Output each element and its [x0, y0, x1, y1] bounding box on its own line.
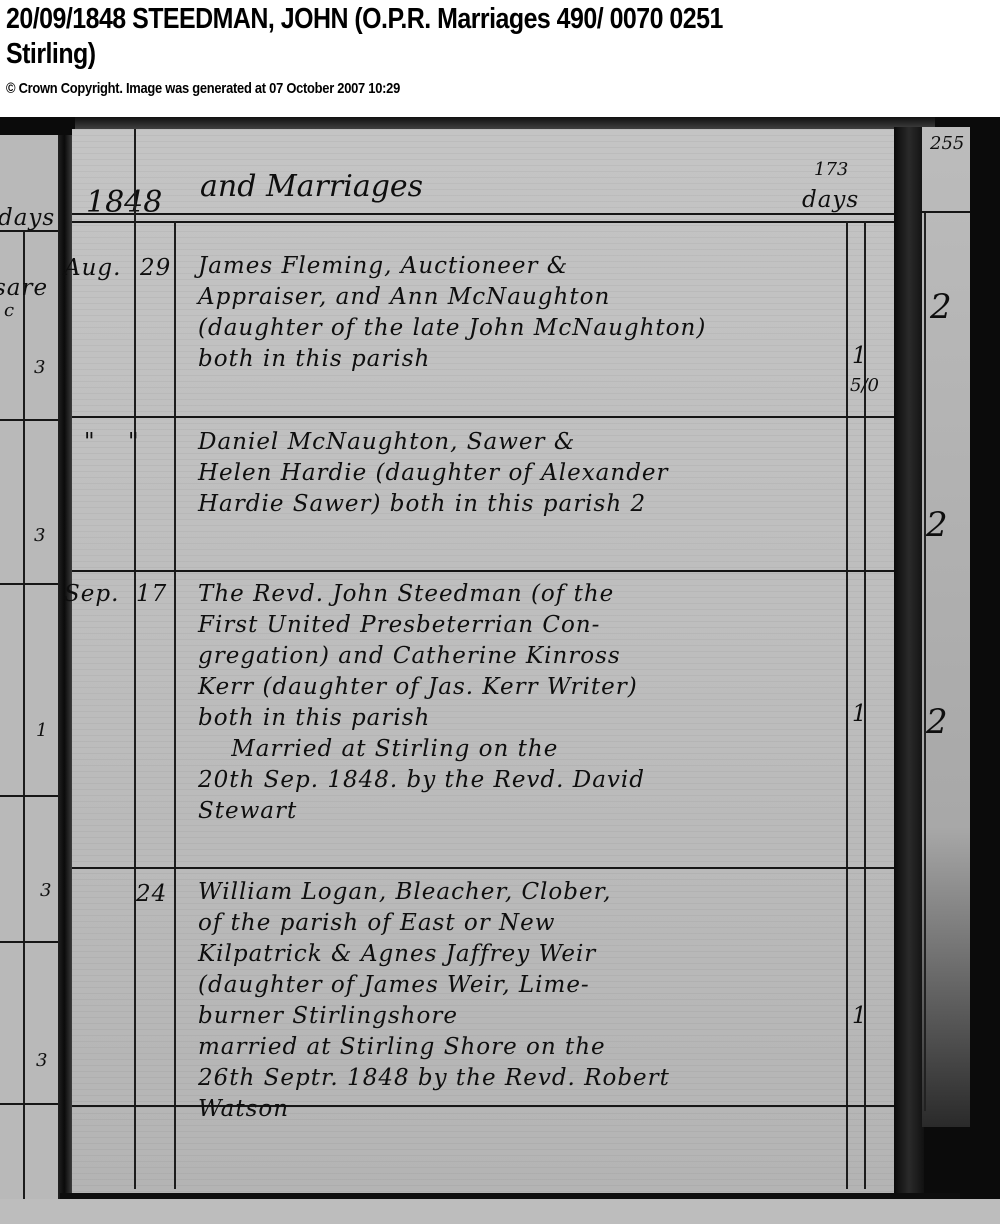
entry-line: Helen Hardie (daughter of Alexander: [198, 458, 669, 489]
entry-line: of the parish of East or New: [198, 908, 670, 939]
entry-line: (daughter of the late John McNaughton): [198, 313, 706, 344]
entry-count: 1: [852, 701, 868, 727]
entry-line: First United Presbeterrian Con-: [198, 610, 645, 641]
entry-month: Aug.: [64, 255, 121, 281]
entry-day: 29: [140, 255, 171, 281]
entry-line: Married at Stirling on the: [198, 734, 645, 765]
fee-mark: 2: [930, 287, 952, 327]
prev-page-fragment: 3: [34, 357, 45, 378]
prev-page-fragment: c: [4, 300, 14, 321]
entry-sub-count: 5/0: [850, 375, 879, 396]
entry-day: 17: [136, 581, 167, 607]
entry-line: (daughter of James Weir, Lime-: [198, 970, 670, 1001]
entry-line: Kilpatrick & Agnes Jaffrey Weir: [198, 939, 670, 970]
entry-line: gregation) and Catherine Kinross: [198, 641, 645, 672]
prev-page-days: days: [0, 205, 55, 231]
entry-line: both in this parish: [198, 703, 645, 734]
entry-text: The Revd. John Steedman (of the First Un…: [198, 579, 645, 827]
entry-day: ": [128, 429, 140, 455]
entry-text: Daniel McNaughton, Sawer & Helen Hardie …: [198, 427, 669, 520]
prev-page-fragment: 3: [34, 525, 45, 546]
entry-line: Daniel McNaughton, Sawer &: [198, 427, 669, 458]
entry-line: 26th Septr. 1848 by the Revd. Robert: [198, 1063, 670, 1094]
entry-text: James Fleming, Auctioneer & Appraiser, a…: [198, 251, 706, 375]
record-header: 20/09/1848 STEEDMAN, JOHN (O.P.R. Marria…: [0, 0, 1000, 117]
days-label: days: [802, 187, 859, 213]
register-scan: days sare c 3 3 1 3 3 1848 and Marriages…: [0, 117, 1000, 1224]
next-page-edge: 255 2 2 2: [922, 127, 970, 1127]
entry-line: Stewart: [198, 796, 645, 827]
entry-line: Hardie Sawer) both in this parish 2: [198, 489, 669, 520]
record-title-line-1: 20/09/1848 STEEDMAN, JOHN (O.P.R. Marria…: [6, 2, 995, 37]
entry-line: Kerr (daughter of Jas. Kerr Writer): [198, 672, 645, 703]
record-title-line-2: Stirling): [6, 37, 995, 72]
entry-line: Appraiser, and Ann McNaughton: [198, 282, 706, 313]
entry-text: William Logan, Bleacher, Clober, of the …: [198, 877, 670, 1125]
entry-line: James Fleming, Auctioneer &: [198, 251, 706, 282]
entry-line: The Revd. John Steedman (of the: [198, 579, 645, 610]
entry-line: married at Stirling Shore on the: [198, 1032, 670, 1063]
entry-month: ": [84, 429, 96, 455]
prev-page-fragment: 3: [36, 1050, 47, 1071]
prev-page-fragment: sare: [0, 275, 48, 301]
next-page-number: 255: [930, 133, 964, 154]
copyright-notice: © Crown Copyright. Image was generated a…: [6, 80, 400, 97]
fee-mark: 2: [926, 505, 948, 545]
entry-count: 1: [852, 343, 868, 369]
entry-line: both in this parish: [198, 344, 706, 375]
entry-line: burner Stirlingshore: [198, 1001, 670, 1032]
register-page: 1848 and Marriages 173 days Aug. 29 Jame…: [72, 129, 894, 1199]
entry-line: Watson: [198, 1094, 670, 1125]
entry-line: William Logan, Bleacher, Clober,: [198, 877, 670, 908]
prev-page-fragment: 1: [36, 720, 47, 741]
fee-mark: 2: [926, 702, 948, 742]
entry-day: 24: [136, 881, 167, 907]
entry-line: 20th Sep. 1848. by the Revd. David: [198, 765, 645, 796]
record-title: 20/09/1848 STEEDMAN, JOHN (O.P.R. Marria…: [6, 2, 995, 72]
page-bottom-edge: [0, 1199, 1000, 1224]
entry-count: 1: [852, 1003, 868, 1029]
register-heading: and Marriages: [200, 169, 423, 204]
prev-page-fragment: 3: [40, 880, 51, 901]
previous-page-edge: days sare c 3 3 1 3 3: [0, 135, 64, 1224]
binding-gutter-right: [894, 127, 924, 1224]
entry-month: Sep.: [64, 581, 119, 607]
days-count: 173: [814, 159, 848, 180]
